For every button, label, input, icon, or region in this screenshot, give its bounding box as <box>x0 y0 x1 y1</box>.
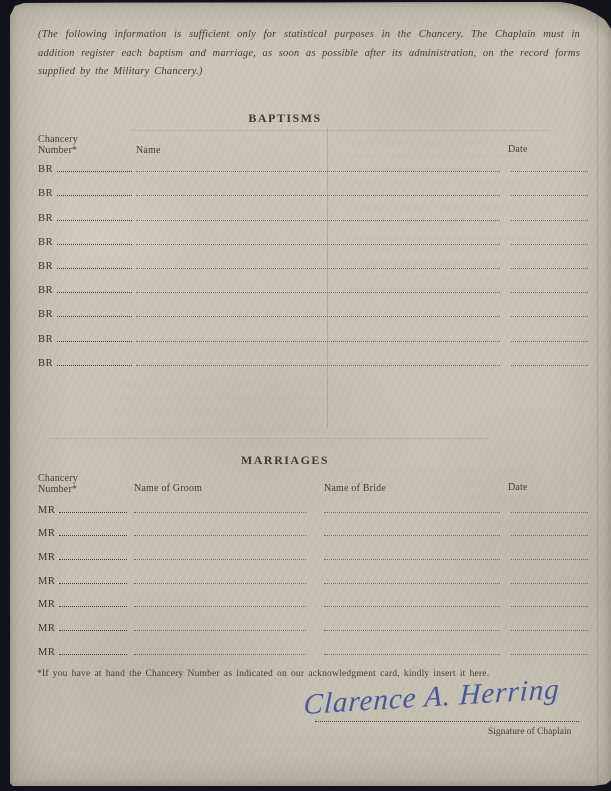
number-blank-line <box>57 304 132 317</box>
row-prefix-br: BR <box>38 358 53 369</box>
baptism-row: BR <box>10 342 611 366</box>
number-blank-line <box>59 500 127 513</box>
marriages-rows: MRMRMRMRMRMRMR <box>10 489 611 655</box>
number-blank-line <box>57 353 132 366</box>
bride-blank-line <box>324 547 500 560</box>
bride-blank-line <box>324 594 500 607</box>
bride-blank-line <box>324 500 500 513</box>
date-blank-line <box>511 159 588 172</box>
date-blank-line <box>511 571 588 584</box>
date-blank-line <box>511 208 588 221</box>
number-blank-line <box>57 183 132 196</box>
number-blank-line <box>57 232 132 245</box>
bleed-through-line <box>130 130 550 131</box>
name-blank-line <box>136 353 500 366</box>
number-blank-line <box>59 571 127 584</box>
date-blank-line <box>511 353 588 366</box>
groom-blank-line <box>134 642 306 655</box>
bride-blank-line <box>324 523 500 536</box>
date-blank-line <box>511 183 588 196</box>
row-prefix-mr: MR <box>38 647 56 658</box>
name-blank-line <box>136 329 500 342</box>
groom-blank-line <box>134 594 306 607</box>
groom-blank-line <box>134 547 306 560</box>
paper-crease-line <box>597 2 598 786</box>
number-blank-line <box>59 547 127 560</box>
baptism-row: BR <box>10 196 611 220</box>
date-blank-line <box>511 594 588 607</box>
marriage-row: MR <box>10 536 611 560</box>
date-blank-line <box>511 329 588 342</box>
bride-blank-line <box>324 571 500 584</box>
bleed-through-text-smudge <box>345 237 540 292</box>
date-blank-line <box>511 523 588 536</box>
chancery-number-footnote: *If you have at hand the Chancery Number… <box>37 669 489 679</box>
intro-note: (The following information is sufficient… <box>38 26 580 82</box>
baptism-row: BR <box>10 317 611 341</box>
name-blank-line <box>136 304 500 317</box>
number-blank-line <box>57 329 132 342</box>
groom-blank-line <box>134 571 306 584</box>
number-blank-line <box>59 594 127 607</box>
number-blank-line <box>57 256 132 269</box>
signature-line <box>315 721 579 722</box>
date-blank-line <box>511 304 588 317</box>
marriage-row: MR <box>10 607 611 631</box>
date-blank-line <box>511 547 588 560</box>
bride-blank-line <box>324 618 500 631</box>
bleed-through-text-smudge <box>345 142 520 222</box>
number-blank-line <box>57 208 132 221</box>
number-blank-line <box>59 618 127 631</box>
bleed-through-text-smudge <box>110 384 350 418</box>
number-blank-line <box>57 280 132 293</box>
marriage-row: MR <box>10 560 611 584</box>
baptism-row: BR <box>10 293 611 317</box>
date-blank-line <box>511 500 588 513</box>
baptism-row: BR <box>10 148 611 172</box>
bleed-through-text-smudge <box>360 640 540 666</box>
groom-blank-line <box>134 618 306 631</box>
scanned-form-page: (The following information is sufficient… <box>10 2 611 786</box>
bleed-through-text-smudge <box>70 430 370 446</box>
marriage-row: MR <box>10 513 611 537</box>
marriage-row: MR <box>10 584 611 608</box>
groom-blank-line <box>134 500 306 513</box>
groom-blank-line <box>134 523 306 536</box>
baptism-row: BR <box>10 172 611 196</box>
bleed-through-text-smudge <box>340 470 540 498</box>
baptisms-section-title: BAPTISMS <box>40 111 530 126</box>
number-blank-line <box>59 523 127 536</box>
signature-caption: Signature of Chaplain <box>488 727 571 737</box>
number-blank-line <box>57 159 132 172</box>
bleed-through-table-line <box>327 128 328 428</box>
date-blank-line <box>511 618 588 631</box>
marriages-section-title: MARRIAGES <box>40 453 530 468</box>
number-blank-line <box>59 642 127 655</box>
